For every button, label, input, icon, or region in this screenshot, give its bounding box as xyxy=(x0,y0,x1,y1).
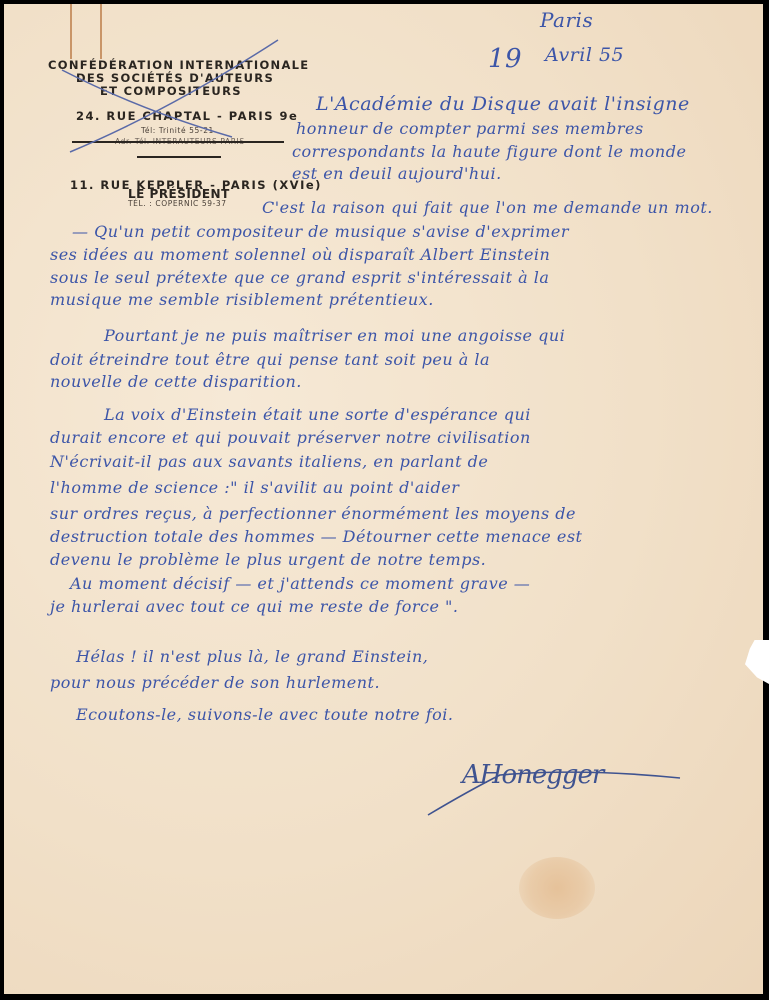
date-place: Paris xyxy=(540,8,593,32)
body-line: Ecoutons-le, suivons-le avec toute notre… xyxy=(76,705,454,724)
paper-stain xyxy=(519,857,595,919)
body-line: sous le seul prétexte que ce grand espri… xyxy=(50,268,549,287)
body-line: L'Académie du Disque avait l'insigne xyxy=(316,93,690,115)
date-day: 19 xyxy=(488,44,522,74)
body-line: C'est la raison qui fait que l'on me dem… xyxy=(262,198,713,217)
org-name-line2: DES SOCIÉTÉS D'AUTEURS xyxy=(76,71,274,85)
divider-rule xyxy=(137,156,221,158)
body-line: — Qu'un petit compositeur de musique s'a… xyxy=(72,222,569,241)
rust-mark xyxy=(100,4,102,59)
rust-mark xyxy=(70,4,72,59)
body-line: correspondants la haute figure dont le m… xyxy=(292,142,686,161)
telephone-line1: Tél: Trinité 55-21 xyxy=(141,126,214,135)
org-name-line3: ET COMPOSITEURS xyxy=(100,84,242,98)
body-line: pour nous précéder de son hurlement. xyxy=(50,673,380,692)
body-line: Hélas ! il n'est plus là, le grand Einst… xyxy=(76,647,428,666)
telephone-line2: TÉL. : COPERNIC 59-37 xyxy=(128,199,227,208)
body-line: doit étreindre tout être qui pense tant … xyxy=(50,350,490,369)
body-line: sur ordres reçus, à perfectionner énormé… xyxy=(50,504,576,523)
body-line: durait encore et qui pouvait préserver n… xyxy=(50,428,531,447)
body-line: je hurlerai avec tout ce qui me reste de… xyxy=(50,597,459,616)
body-line: est en deuil aujourd'hui. xyxy=(292,164,502,183)
body-line: musique me semble risiblement prétentieu… xyxy=(50,290,434,309)
body-line: Pourtant je ne puis maîtriser en moi une… xyxy=(104,326,565,345)
body-line: ses idées au moment solennel où disparaî… xyxy=(50,245,550,264)
body-line: destruction totale des hommes — Détourne… xyxy=(50,527,582,546)
body-line: devenu le problème le plus urgent de not… xyxy=(50,550,486,569)
body-line: La voix d'Einstein était une sorte d'esp… xyxy=(104,405,531,424)
signature: AHonegger xyxy=(462,760,603,790)
address-line1: 24. RUE CHAPTAL - PARIS 9e xyxy=(76,109,298,123)
body-line: l'homme de science :" il s'avilit au poi… xyxy=(50,478,459,497)
strike-rule xyxy=(72,141,284,143)
body-line: N'écrivait-il pas aux savants italiens, … xyxy=(50,452,488,471)
body-line: honneur de compter parmi ses membres xyxy=(296,119,644,138)
body-line: Au moment décisif — et j'attends ce mome… xyxy=(70,574,530,593)
body-line: nouvelle de cette disparition. xyxy=(50,372,302,391)
org-name-line1: CONFÉDÉRATION INTERNATIONALE xyxy=(48,58,309,72)
date-month-year: Avril 55 xyxy=(545,44,624,66)
